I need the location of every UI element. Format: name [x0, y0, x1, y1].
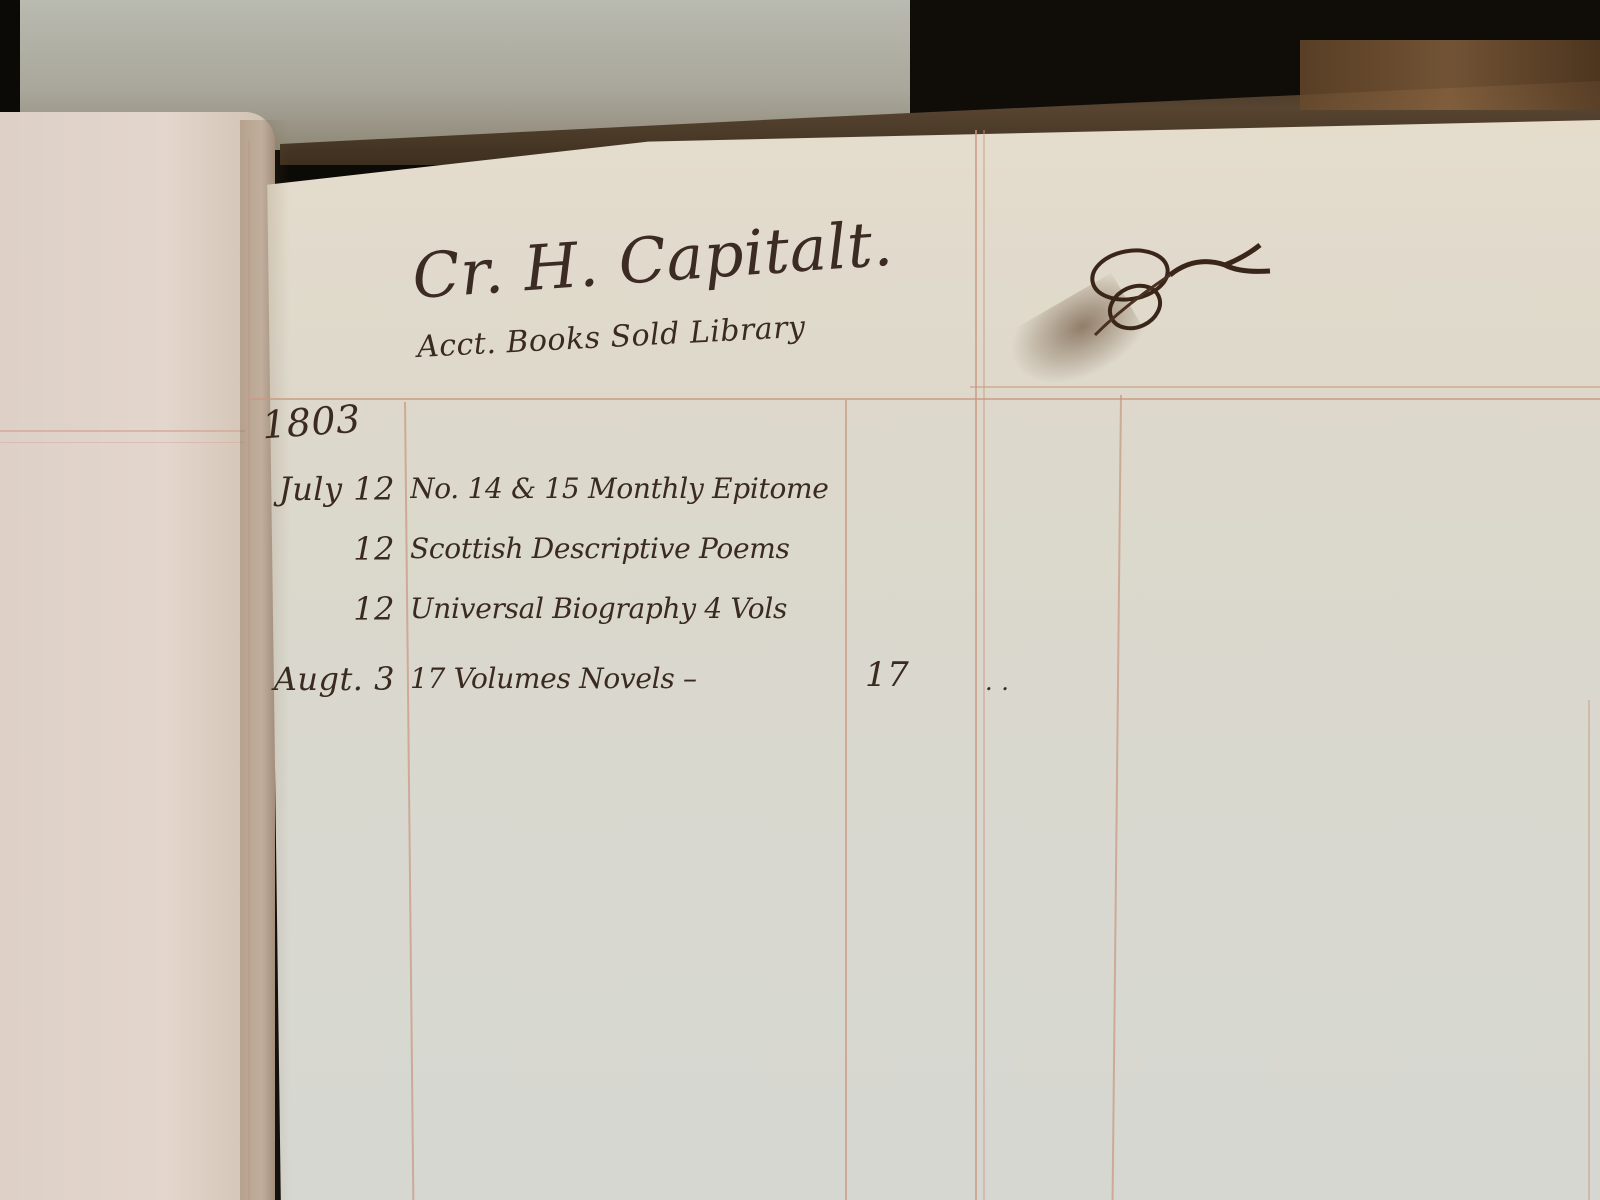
pounds-column-rule	[975, 130, 977, 1200]
flourish-signature-icon	[1075, 235, 1275, 355]
entry-pence: . .	[985, 668, 1009, 696]
entry-date: July 12	[255, 470, 395, 508]
entry-description: 17 Volumes Novels –	[410, 662, 830, 695]
entry-date: Augt. 3	[255, 660, 395, 698]
left-page-rule-secondary	[0, 442, 245, 443]
entry-amount: 17	[865, 655, 909, 695]
description-column-rule	[845, 400, 847, 1200]
entry-description: Scottish Descriptive Poems	[410, 532, 830, 565]
pounds-column-rule-double	[983, 130, 985, 1200]
left-page-rule	[0, 430, 245, 432]
entry-description: Universal Biography 4 Vols	[410, 592, 830, 625]
left-page	[0, 112, 275, 1200]
page-edge-rule	[1588, 700, 1590, 1200]
entry-date: 12	[255, 590, 395, 628]
entry-date: 12	[255, 530, 395, 568]
entry-description: No. 14 & 15 Monthly Epitome	[410, 472, 830, 505]
book-edge-leather	[1300, 40, 1600, 110]
header-rule	[248, 398, 1600, 400]
ledger-year: 1803	[261, 397, 363, 448]
